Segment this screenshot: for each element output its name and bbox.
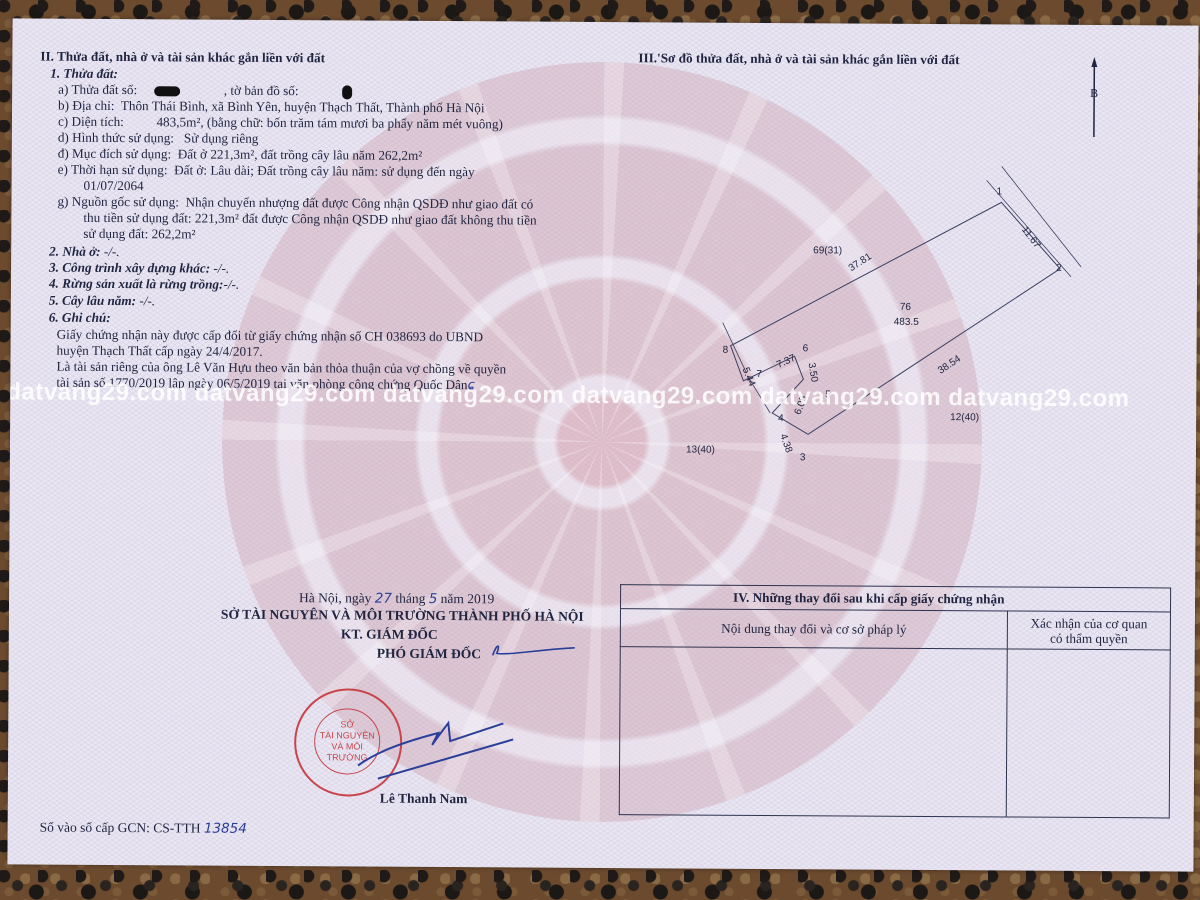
month-label: tháng xyxy=(395,591,425,606)
vertex-label: 3 xyxy=(800,452,806,463)
col-change-content: Nội dung thay đổi và cơ sở pháp lý xyxy=(620,609,1007,649)
registry-label: Sổ vào sổ cấp GCN: CS-TTH xyxy=(40,820,201,836)
edge-length-label: 37.81 xyxy=(847,251,874,274)
parcel-area-label: 483.5 xyxy=(894,317,920,328)
registry-number: Sổ vào sổ cấp GCN: CS-TTH 13854 xyxy=(40,820,247,838)
signer-role-2: PHÓ GIÁM ĐỐC xyxy=(377,646,481,662)
vertex-label: 4 xyxy=(778,413,784,424)
changes-table: IV. Những thay đổi sau khi cấp giấy chứn… xyxy=(619,584,1171,818)
edge-length-label: 7.37 xyxy=(775,352,798,370)
vertex-label: 8 xyxy=(723,345,729,356)
parcel-id-label: 76 xyxy=(900,302,912,313)
year-label: năm 2019 xyxy=(441,591,495,606)
authority-confirmation-cell xyxy=(1006,649,1170,818)
signer-role-1: KT. GIÁM ĐỐC xyxy=(341,626,438,642)
issue-date: Hà Nội, ngày 27 tháng 5 năm 2019 xyxy=(299,590,494,608)
col2-line-1: Xác nhận của cơ quan xyxy=(1030,615,1147,631)
neighbor-parcel-label: 13(40) xyxy=(686,445,715,456)
issue-day: 27 xyxy=(375,591,392,607)
vertex-label: 2 xyxy=(1056,263,1062,274)
change-content-cell xyxy=(619,647,1007,817)
edge-length-label: 11.67 xyxy=(1019,225,1043,251)
registry-handwritten-number: 13854 xyxy=(204,821,247,837)
vertex-label: 1 xyxy=(997,186,1003,197)
svg-text:B: B xyxy=(1090,86,1098,100)
col2-line-2: có thẩm quyền xyxy=(1050,630,1128,645)
neighbor-parcel-label: 12(40) xyxy=(950,412,979,423)
vertex-label: 6 xyxy=(803,343,809,354)
section4-title: IV. Những thay đổi sau khi cấp giấy chứn… xyxy=(621,585,1171,612)
issuing-agency: SỞ TÀI NGUYÊN VÀ MÔI TRƯỜNG THÀNH PHỐ HÀ… xyxy=(221,607,584,625)
edge-length-label: 38.54 xyxy=(936,353,963,376)
neighbor-parcel-label: 69(31) xyxy=(813,245,842,256)
edge-length-label: 4.38 xyxy=(777,432,794,454)
vertex-label: 7 xyxy=(756,369,762,380)
certificate-page: II. Thửa đất, nhà ở và tài sản khác gắn … xyxy=(7,18,1198,871)
signer-name: Lê Thanh Nam xyxy=(380,791,468,807)
col-authority-confirmation: Xác nhận của cơ quan có thẩm quyền xyxy=(1007,611,1170,650)
issue-month: 5 xyxy=(429,591,438,607)
edge-length-label: 3.50 xyxy=(806,362,820,383)
initial-signature xyxy=(489,641,579,662)
signature xyxy=(338,710,518,791)
date-prefix: Hà Nội, ngày xyxy=(299,590,371,605)
